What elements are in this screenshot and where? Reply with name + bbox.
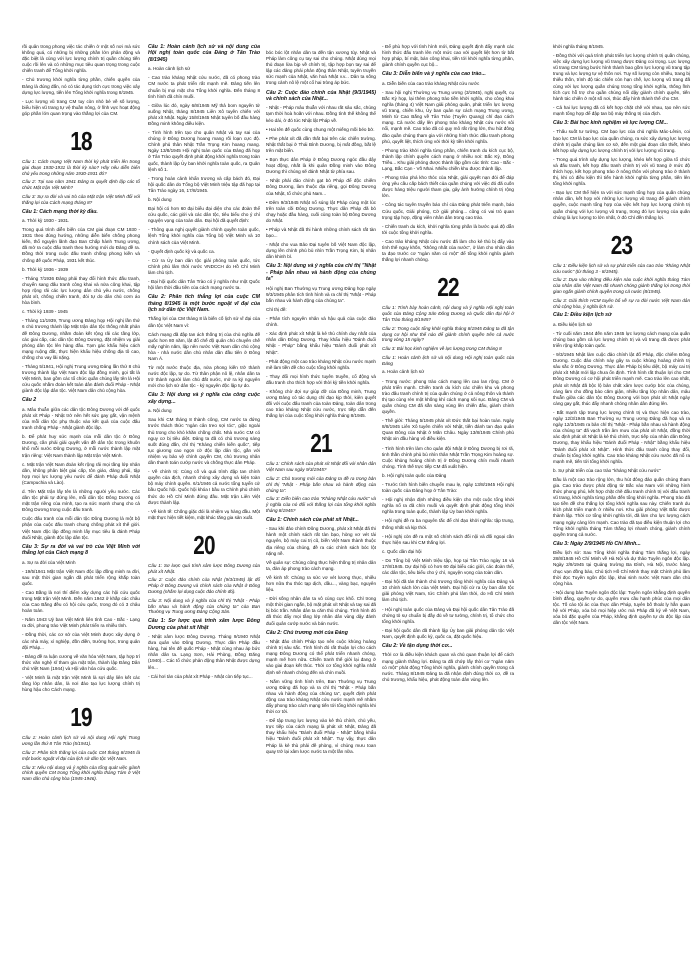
paragraph: rồi quân trong phong việc tác chiến ở mộ… [22,44,140,74]
question-item: Câu 3: Nêu nội dung và ý nghĩa của tổng … [22,765,140,782]
column-5: khởi nghĩa tháng 8/1945.- Đồng thời với … [553,44,690,629]
paragraph: - Phong trào phá kho thóc của Nhật, giải… [382,175,514,199]
paragraph: - Do Tổng bộ Việt Minh triệu tập, họp tạ… [382,558,514,576]
question-item: Câu 3: Bài học kinh nghiệm về lực lượng … [382,346,514,352]
question-item: Câu 2: Cuộc đảo chính của Nhật (9/3/1945… [148,577,260,594]
subsection-label: a. Diễn biến của cao trào kháng Nhật cứu… [382,81,514,87]
question-item: Câu 2: Dựa vào những điều kiện nào cuộc … [553,277,690,294]
paragraph: Về quân sự: Chúng cũng thực hiện thống t… [266,560,376,572]
section-heading: Câu 3: Nội dung và ý nghĩa của chỉ thị "… [266,263,376,282]
paragraph: - Hội nghị nhận định những điều kiện cho… [382,497,514,515]
paragraph: - Tình hình trên làm cho quân đội Nhật ở… [382,446,514,470]
question-item: Câu 3: Sự ra đời và vai trò của Mặt trận… [22,194,140,206]
paragraph: Đại hội có hơn 60 đại biểu đại diện cho … [148,206,260,224]
paragraph: Đầu là một cao trào rộng lớn, thu hút đô… [553,477,690,538]
paragraph: - Cái hơi tàn của phát xít Pháp - Nhật c… [148,674,260,680]
paragraph: - Thấu suốt tư tưởng. CM bạo lực của chủ… [553,129,690,153]
paragraph: - Công tác tuyên truyền báo chí của Đảng… [382,202,514,220]
paragraph: - Năm 1943 Uỷ ban Việt Minh liên tỉnh Ca… [22,617,140,629]
paragraph: Trong quá trình diễn biến của CM giai đo… [22,227,140,264]
paragraph: khởi nghĩa tháng 8/1945. [553,44,690,50]
subsection-label: c. Quốc dân đại hội [382,549,514,555]
subsection-label: a. Hoàn cảnh lịch sử [148,66,260,72]
paragraph: a. Mâu thuẫn giữa các dân tộc Đông Dương… [22,407,140,431]
paragraph: Từ một nước thuộc địa, nửa phong kiến tr… [148,365,260,389]
column-2: Câu 1: Hoàn cảnh lịch sử và nội dung của… [148,44,260,683]
section-heading: Câu 1: Hoàn cảnh lịch sử và nội dung của… [148,44,260,63]
subsection-label: b. Nội dung [148,197,260,203]
paragraph: - Hội nghị đề ra ba nguyên tắc để chỉ đạ… [382,518,514,530]
subsection-label: a. Sự ra đời của Việt Minh [22,560,140,566]
paragraph: - Phong trào khởi nghĩa từng phần, chiến… [382,148,514,172]
question-item: Câu 3: Giải thích HCM tuyên bố về sự ra … [553,298,690,310]
paragraph: - Thông qua nghị quyết giành chính quyền… [148,227,260,245]
paragraph: - Từ cuối năm 1944 đến năm 1945 lực lượn… [553,331,690,349]
paragraph: - Nhật xâm lược Đông Dương. Tháng 9/1940… [148,634,260,671]
section-heading: Câu 1: Chính sách của phát xít Nhật... [266,517,376,523]
section-heading: Câu 2: Cuộc đảo chính của Nhật (9/3/1945… [266,90,376,103]
paragraph: - Sau khi đảo chính Đông Dương, phát xít… [266,526,376,556]
paragraph: - 9/3/1945 Nhật làm cuộc đảo chính lật đ… [553,352,690,407]
paragraph: - Chiến tranh du kích, khởi nghĩa từng p… [382,224,514,236]
paragraph: - Trong nước: phong trào cách mạng lên c… [382,379,514,416]
paragraph: - Tháng 5/1941, Hội nghị Trung ương Đảng… [22,364,140,394]
question-item: Câu 3: Diễn biến cao trào "Kháng Nhật cứ… [266,496,376,513]
lesson-number: 21 [277,429,365,457]
subsection-label: c. Thời kỳ 1939 - 1945 [22,309,140,315]
section-heading: Câu 3: Ngày 2/9/1945 Hồ Chí Minh... [553,541,690,547]
lesson-number: 20 [159,531,249,559]
paragraph: Chỉ thị đề: [266,307,376,313]
paragraph: • Hai tên đế quốc cùng chung một miếng m… [266,127,376,133]
paragraph: - Phát động một cao trào kháng Nhật cứu … [266,359,376,371]
column-3: bóc bóc lột nhân dân ta đến tận xương tủ… [266,50,376,758]
paragraph: Cuộc đấu tranh của mỗi dân tộc Đông Dươn… [22,516,140,540]
paragraph: - Cao trào kháng Nhật cứu nước đã làm ch… [382,239,514,263]
question-item: Câu 1: Cách mạng Việt Nam thời kỳ phát t… [22,159,140,176]
section-heading: Câu 1: Sơ lược quá trình xâm lược Đông D… [148,618,260,631]
question-item: Câu 2: Trong cuộc tổng khởi nghĩa tháng … [382,326,514,343]
question-item: Câu 1: Điều kiện lịch sử và sự phát triể… [553,263,690,275]
paragraph: - Cả hai lực lượng đã có kết hợp chặt ch… [553,105,690,117]
question-item: Câu 1: Hoàn cảnh lịch sử và nội dung Hội… [22,735,140,747]
paragraph: Điều lịch sử: Sau Tổng khởi nghĩa tháng … [553,550,690,587]
question-item: Câu 2: Chủ trương mới của Đảng ta đề ra … [266,476,376,493]
question-item: Câu 1: Hoàn cảnh lịch sử và nội dung Hội… [382,355,514,367]
paragraph: - Về kinh tế: Chống giặc đói là nhiệm vụ… [148,509,260,521]
subsection-label: b. Thời kỳ 1936 - 1939 [22,267,140,273]
paragraph: - Cử ra Ủy ban dân tộc giải phóng toàn q… [148,258,260,276]
paragraph: - Thay đổi mọi hình thức tuyên truyền, c… [266,374,376,386]
paragraph: - Nhật đảo chính Pháp tạo nên cuộc khủng… [266,639,376,676]
column-4: - Để phù hợp với tình hình mới, Đảng quy… [382,44,514,686]
paragraph: • Bọn thực dân Pháp ở Đông Dương ngóc đầ… [266,157,376,175]
paragraph: - Bạo lực CM thể hiện ra với sức mạnh tổ… [553,190,690,220]
subsection-label: a. Hoàn cảnh lịch sử [382,369,514,375]
paragraph: - Trong hoàn cảnh khẩn trương và cấp bác… [148,176,260,194]
paragraph: - Đại hội quốc dân đã thành lập Ủy ban g… [382,628,514,640]
paragraph: - Quyết định quốc kỳ và quốc ca. [148,249,260,255]
paragraph: - Chủ trương khởi nghĩa từng phần, chiến… [22,77,140,95]
paragraph: - Nắm vững tình hình trên, Ban Thường vụ… [266,679,376,716]
question-item: Câu 1: Sơ lược quá trình xâm lược Đông D… [148,563,260,575]
paragraph: • Pháp và Nhật đã thi hành những chính s… [266,227,376,239]
paragraph: - Bắt mạnh tập trung lực lượng chính trị… [553,410,690,465]
paragraph: - Nhật phải đảo chính gạt bỏ Pháp để độc… [266,178,376,196]
subsection-label: b. Sự phát triển của cao trào "kháng Nhậ… [553,468,690,474]
paragraph: - Đồng thời với quá trình phát triển lực… [553,53,690,102]
paragraph: - Nhật cho vua Bảo Đại tuyên bố Việt Nam… [266,242,376,260]
paragraph: b. Để phát huy sức mạnh của mỗi dân tộc … [22,434,140,458]
paragraph: Hội nghị Ban Thường vụ Trung ương Đảng h… [266,286,376,304]
paragraph: - Xác định phát xít Nhật là kẻ thù chính… [266,331,376,355]
paragraph: - Đảng đề ra luận cương về văn hóa Việt … [22,654,140,672]
paragraph: • Đêm 9/3/1945 Nhật nổ súng lật Pháp cùn… [266,200,376,224]
lesson-number: 18 [34,127,128,155]
paragraph: - Giữa lúc đó, ngày 6/8/1945 Mỹ thả bom … [148,103,260,127]
lesson-number: 23 [567,231,677,259]
paragraph: - Hội nghị toàn quốc của Đảng và Đại hội… [382,607,514,625]
paragraph: Sau khi CM tháng 8 thành công, CM nước t… [148,417,260,466]
paragraph: c. Mặt trận Việt Nam đoàn kết rộng rãi m… [22,462,140,486]
paragraph: Thắng lợi của CM tháng 8 là biến cố lịch… [148,316,260,328]
section-heading: Câu 1: Điều kiện lịch sử [553,312,690,318]
section-heading: Câu 2: Về tận dụng thời cơ... [382,643,514,649]
question-item: Câu 3: Nội dung và ý nghĩa của chỉ thị "… [148,598,260,615]
section-heading: Câu 2 [22,397,140,403]
paragraph: - Cao trào kháng Nhật cứu nước, đã có ph… [148,75,260,99]
paragraph: - Cao Bằng là nơi thí điểm xây dựng các … [22,590,140,614]
paragraph: - Nhật - Pháp mâu thuẫn với nhau rất sâu… [266,105,376,123]
lesson-number: 19 [34,703,128,731]
subsection-label: a. Điều kiện lịch sử [553,322,690,328]
paragraph: - Sau hội nghị Thường vụ Trung ương (3/1… [382,90,514,145]
paragraph: - Đại hội đã tán thành chủ trương tổng k… [382,579,514,603]
question-item: Câu 1: Trình bày hoàn cảnh, nội dung và … [382,305,514,322]
section-heading: Câu 2: Chủ trương mới của Đảng [266,630,376,636]
paragraph: - Phân tích nguyên nhân và hậu quả của c… [266,316,376,328]
subsection-label: b. Hội nghị toàn quốc của Đảng [382,473,514,479]
paragraph: - Tháng 11/1939, Trung ương Đảng họp Hội… [22,318,140,361]
paragraph: - Để phù hợp với tình hình mới, Đảng quy… [382,44,514,68]
column-1: rồi quân trong phong việc tác chiến ở mộ… [22,44,140,785]
paragraph: Về kinh tế: Chúng ra sức vơ vét lương th… [266,575,376,593]
paragraph: Cách mạng đã đập tan ách thống trị của c… [148,332,260,362]
paragraph: • Phe phát xít đã dần thất bại trên các … [266,136,376,154]
paragraph: - Để tập trung lực lượng vào kẻ thù chín… [266,718,376,755]
question-item: Câu 2: Tại sao năm 1941 Đảng ta quyết đị… [22,179,140,191]
section-heading: Câu 3: Nội dung và ý nghĩa của công cuộc… [148,392,260,405]
section-heading: Câu 2: Phân tích thắng lợi của cuộc CM t… [148,294,260,313]
paragraph: - Hội nghị còn đề ra một số chính sách đ… [382,534,514,546]
question-item: Câu 1: Chính sách của phát xít Nhật đối … [266,461,376,473]
paragraph: - Tháng 7/1936 Đảng phải thay đổi hình t… [22,276,140,306]
paragraph: bóc bóc lột nhân dân ta đến tận xương tủ… [266,50,376,87]
section-heading: Câu 1: Cách mạng thời kỳ đầu. [22,209,140,215]
lesson-number: 22 [395,273,501,301]
subsection-label: a. Nội dung [148,408,260,414]
section-heading: Câu 3: Bài học kinh nghiệm về lực lượng … [553,120,690,126]
paragraph: - Việt Minh là mặt trận Việt Minh là sợi… [22,675,140,693]
paragraph: - 19/5/1941 Mặt trận Việt Nam độc lập đồ… [22,569,140,587]
paragraph: - Nội dung bản Tuyên ngôn độc lập: Tuyên… [553,590,690,627]
paragraph: d. Tên Mặt trận lấy tên là những người y… [22,489,140,513]
paragraph: - Trước tình hình biến chuyển mau lẹ, ng… [382,482,514,494]
paragraph: - Về chính trị: Củng cố và quá trình đập… [148,469,260,506]
subsection-label: a. Thời kỳ 1930 - 1931. [22,218,140,224]
paragraph: - Đại hội quốc dân Tân Trào có ý nghĩa n… [148,279,260,291]
paragraph: - Đời sống nhân dân ta vô cùng cực khổ. … [266,596,376,626]
paragraph: - Tình hình trên tạo cho quân Nhật và ta… [148,130,260,173]
paragraph: - Lực lượng vũ trang CM tuy còn nhỏ bé v… [22,99,140,117]
paragraph: - Đồng thời, các cơ sở của Việt Minh đượ… [22,632,140,650]
paragraph: Thời cơ là điều kiện khách quan và chủ q… [382,652,514,682]
section-heading: Câu 3: Diễn biến và ý nghĩa của cao trào… [382,71,514,77]
question-item: Câu 2: Phân tích thắng lợi của cuộc CM t… [22,750,140,762]
paragraph: - Thế giới: Tháng 5/1945 phát xít Đức th… [382,418,514,442]
paragraph: - Không chờ đợi sự giúp đỡ của Đồng minh… [266,389,376,419]
section-heading: Câu 3: Sự ra đời và vai trò của Việt Min… [22,544,140,557]
paragraph: - Trong quá trình xây dựng lực lượng, kh… [553,157,690,187]
